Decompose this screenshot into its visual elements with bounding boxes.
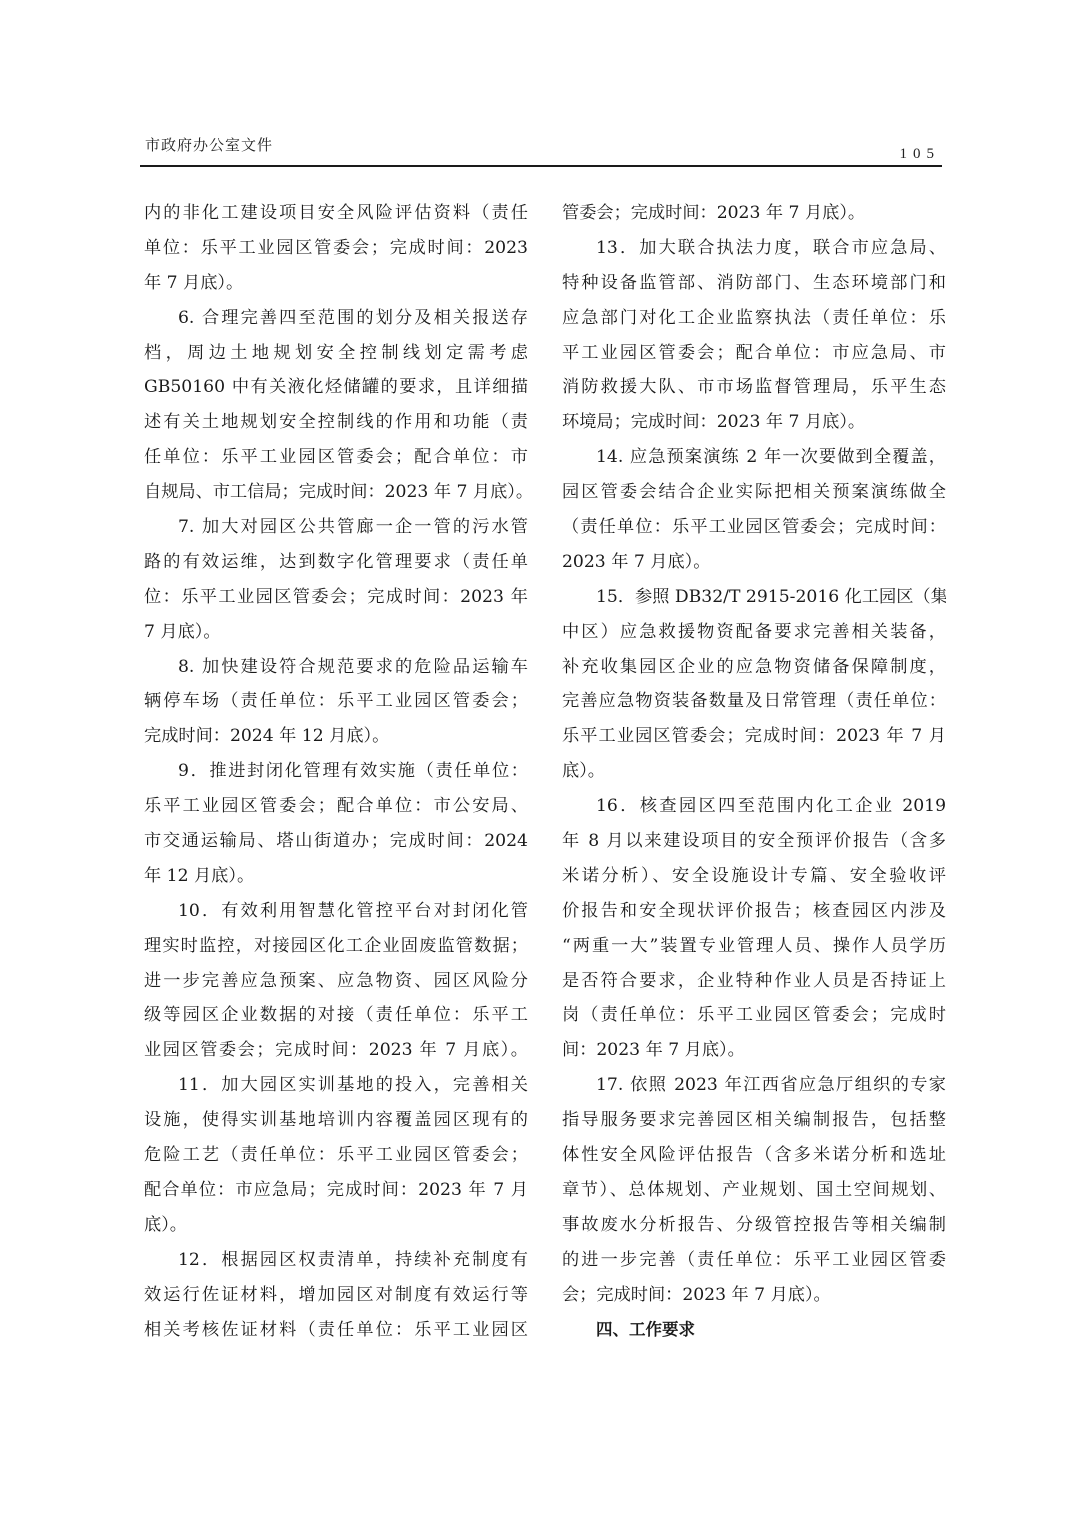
text-line: 效运行佐证材料，增加园区对制度有效运行等 — [144, 1278, 528, 1313]
text-line: 管委会；完成时间：2023 年 7 月底）。 — [562, 196, 946, 231]
text-line: 间：2023 年 7 月底）。 — [562, 1033, 946, 1068]
text-line: 底）。 — [144, 1208, 528, 1243]
text-line: 乐平工业园区管委会；配合单位：市公安局、 — [144, 789, 528, 824]
page-number: 105 — [900, 146, 941, 163]
left-column: 内的非化工建设项目安全风险评估资料（责任单位：乐平工业园区管委会；完成时间：20… — [144, 196, 528, 1347]
paragraph-first-line: 8. 加快建设符合规范要求的危险品运输车 — [144, 650, 528, 685]
text-line: 自规局、市工信局；完成时间：2023 年 7 月底）。 — [144, 475, 528, 510]
right-column: 管委会；完成时间：2023 年 7 月底）。13．加大联合执法力度，联合市应急局… — [562, 196, 946, 1347]
text-line: “两重一大”装置专业管理人员、操作人员学历 — [562, 929, 946, 964]
text-line: 级等园区企业数据的对接（责任单位：乐平工 — [144, 998, 528, 1033]
paragraph-first-line: 14. 应急预案演练 2 年一次要做到全覆盖， — [562, 440, 946, 475]
text-line: 7 月底）。 — [144, 615, 528, 650]
text-line: 指导服务要求完善园区相关编制报告，包括整 — [562, 1103, 946, 1138]
text-line: 环境局；完成时间：2023 年 7 月底）。 — [562, 405, 946, 440]
text-line: 年 8 月以来建设项目的安全预评价报告（含多 — [562, 824, 946, 859]
text-line: 中区）应急救援物资配备要求完善相关装备， — [562, 615, 946, 650]
text-line: 会；完成时间：2023 年 7 月底）。 — [562, 1278, 946, 1313]
text-line: 特种设备监管部、消防部门、生态环境部门和 — [562, 266, 946, 301]
text-line: 是否符合要求，企业特种作业人员是否持证上 — [562, 964, 946, 999]
paragraph-first-line: 10．有效利用智慧化管控平台对封闭化管 — [144, 894, 528, 929]
paragraph-first-line: 7. 加大对园区公共管廊一企一管的污水管 — [144, 510, 528, 545]
text-line: 园区管委会结合企业实际把相关预案演练做全 — [562, 475, 946, 510]
paragraph-first-line: 12．根据园区权责清单，持续补充制度有 — [144, 1243, 528, 1278]
text-line: 完成时间：2024 年 12 月底）。 — [144, 719, 528, 754]
text-line: 年 7 月底）。 — [144, 266, 528, 301]
text-line: 危险工艺（责任单位：乐平工业园区管委会； — [144, 1138, 528, 1173]
text-line: 章节）、总体规划、产业规划、国土空间规划、 — [562, 1173, 946, 1208]
paragraph-first-line: 13．加大联合执法力度，联合市应急局、 — [562, 231, 946, 266]
text-line: 单位：乐平工业园区管委会；完成时间：2023 — [144, 231, 528, 266]
text-line: 年 12 月底）。 — [144, 859, 528, 894]
text-line: 市交通运输局、塔山街道办；完成时间：2024 — [144, 824, 528, 859]
header-divider — [140, 165, 942, 167]
text-line: 设施，使得实训基地培训内容覆盖园区现有的 — [144, 1103, 528, 1138]
text-line: 进一步完善应急预案、应急物资、园区风险分 — [144, 964, 528, 999]
text-line: 体性安全风险评估报告（含多米诺分析和选址 — [562, 1138, 946, 1173]
paragraph-first-line: 16．核查园区四至范围内化工企业 2019 — [562, 789, 946, 824]
text-line: 任单位：乐平工业园区管委会；配合单位：市 — [144, 440, 528, 475]
text-line: 档，周边土地规划安全控制线划定需考虑 — [144, 336, 528, 371]
text-line: 位：乐平工业园区管委会；完成时间：2023 年 — [144, 580, 528, 615]
text-line: 的进一步完善（责任单位：乐平工业园区管委 — [562, 1243, 946, 1278]
page-header: 市政府办公室文件 105 — [145, 134, 940, 166]
paragraph-first-line: 6. 合理完善四至范围的划分及相关报送存 — [144, 301, 528, 336]
paragraph-first-line: 15．参照 DB32/T 2915-2016 化工园区（集 — [562, 580, 946, 615]
text-line: 业园区管委会；完成时间：2023 年 7 月底）。 — [144, 1033, 528, 1068]
paragraph-first-line: 9．推进封闭化管理有效实施（责任单位： — [144, 754, 528, 789]
text-line: 2023 年 7 月底）。 — [562, 545, 946, 580]
text-line: 价报告和安全现状评价报告；核查园区内涉及 — [562, 894, 946, 929]
text-line: 应急部门对化工企业监察执法（责任单位：乐 — [562, 301, 946, 336]
text-line: 补充收集园区企业的应急物资储备保障制度， — [562, 650, 946, 685]
paragraph-first-line: 11．加大园区实训基地的投入，完善相关 — [144, 1068, 528, 1103]
text-line: 内的非化工建设项目安全风险评估资料（责任 — [144, 196, 528, 231]
text-line: 辆停车场（责任单位：乐平工业园区管委会； — [144, 684, 528, 719]
text-line: 底）。 — [562, 754, 946, 789]
text-line: 米诺分析）、安全设施设计专篇、安全验收评 — [562, 859, 946, 894]
document-source-title: 市政府办公室文件 — [145, 134, 273, 155]
paragraph-first-line: 17. 依照 2023 年江西省应急厅组织的专家 — [562, 1068, 946, 1103]
text-line: 乐平工业园区管委会；完成时间：2023 年 7 月 — [562, 719, 946, 754]
text-line: 岗（责任单位：乐平工业园区管委会；完成时 — [562, 998, 946, 1033]
text-line: 完善应急物资装备数量及日常管理（责任单位： — [562, 684, 946, 719]
text-line: 配合单位：市应急局；完成时间：2023 年 7 月 — [144, 1173, 528, 1208]
text-line: （责任单位：乐平工业园区管委会；完成时间： — [562, 510, 946, 545]
section-heading: 四、工作要求 — [562, 1313, 946, 1348]
text-line: 述有关土地规划安全控制线的作用和功能（责 — [144, 405, 528, 440]
text-line: 事故废水分析报告、分级管控报告等相关编制 — [562, 1208, 946, 1243]
text-line: 消防救援大队、市市场监督管理局，乐平生态 — [562, 370, 946, 405]
text-line: 相关考核佐证材料（责任单位：乐平工业园区 — [144, 1313, 528, 1348]
text-line: 理实时监控，对接园区化工企业固废监管数据； — [144, 929, 528, 964]
text-line: 平工业园区管委会；配合单位：市应急局、市 — [562, 336, 946, 371]
text-line: 路的有效运维，达到数字化管理要求（责任单 — [144, 545, 528, 580]
text-line: GB50160 中有关液化烃储罐的要求，且详细描 — [144, 370, 528, 405]
